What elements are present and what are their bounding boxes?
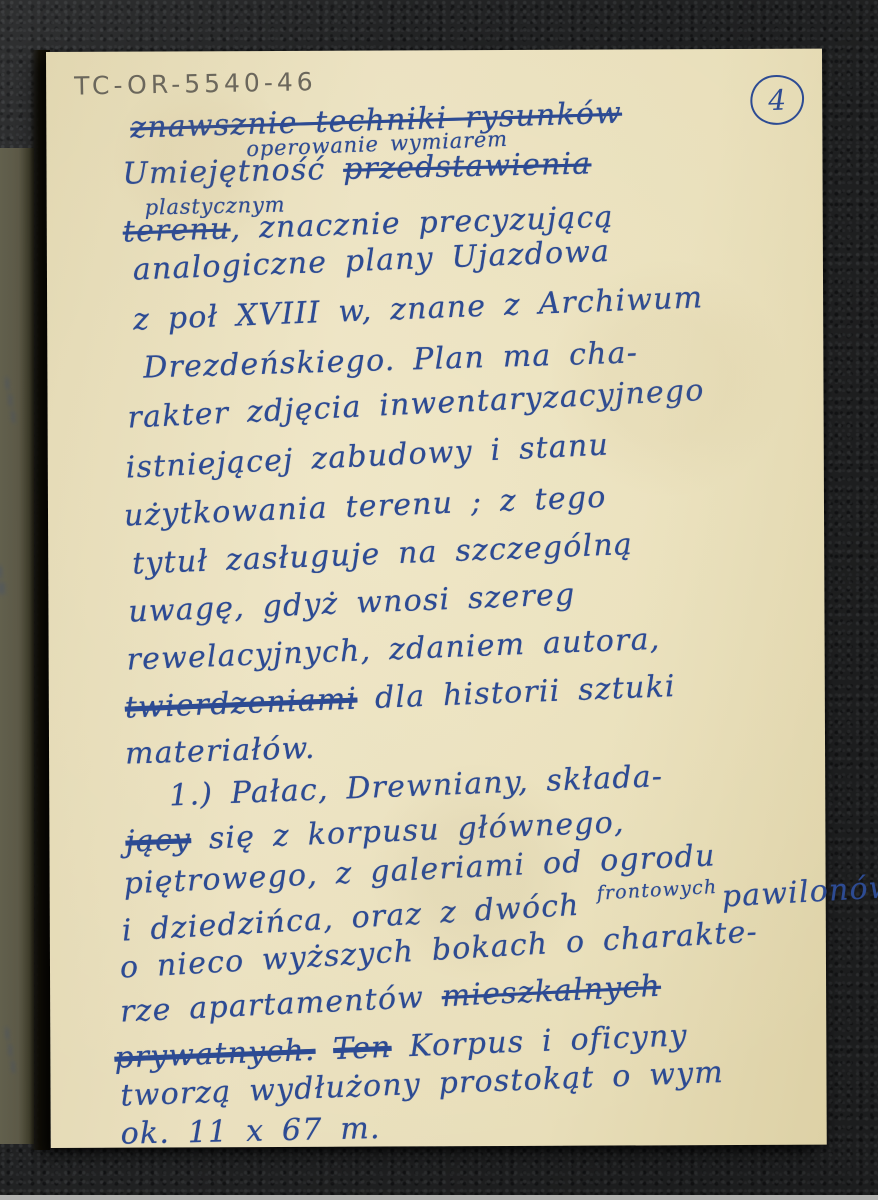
ink-text: materiałów.	[125, 731, 317, 772]
manuscript-line: 1.) Pałac, Drewniany, składa-	[169, 762, 664, 811]
manuscript-line: z poł XVIII w, znane z Archiwum	[133, 283, 704, 335]
strike-through-text: Ten	[333, 1030, 393, 1067]
ink-text: z poł XVIII w, znane z Archiwum	[132, 280, 703, 337]
manuscript-line: ok. 11 x 67 m.	[120, 1114, 381, 1150]
ink-text: Umiejętność	[122, 152, 343, 192]
manuscript-line: Umiejętność przedstawienia	[122, 149, 592, 189]
ink-text: użytkowania terenu ; z tego	[123, 480, 607, 534]
ink-text: istniejącej zabudowy i stanu	[125, 427, 610, 485]
manuscript-line: użytkowania terenu ; z tego	[123, 483, 607, 532]
manuscript-line: tytuł zasługuje na szczególną	[132, 530, 634, 580]
bleed-through-ink: ~~~	[0, 1023, 27, 1077]
ink-text: ok. 11 x 67 m.	[120, 1111, 381, 1152]
ink-text	[315, 1032, 334, 1068]
strike-through-text: twierdzeniami	[124, 682, 358, 726]
ink-text: pawilonów	[721, 870, 878, 915]
manuscript-line: uwagę, gdyż wnosi szereg	[128, 580, 576, 628]
ink-text: dla historii sztuki	[357, 669, 677, 716]
manuscript-line: rewelacyjnych, zdaniem autora,	[126, 625, 661, 676]
ink-text: uwagę, gdyż wnosi szereg	[128, 577, 576, 630]
manuscript-line: istniejącej zabudowy i stanu	[125, 430, 610, 483]
ink-text: tytuł zasługuje na szczególną	[132, 527, 634, 582]
manuscript-page: TC-OR-5540-46 4 znawsznie techniki rysun…	[46, 49, 827, 1148]
manuscript-line: materiałów.	[125, 734, 316, 770]
ink-text: rze apartamentów	[119, 979, 442, 1029]
scanned-notebook-photo: ~~~ ≈≈ ~~~ TC-OR-5540-46 4 znawsznie tec…	[0, 0, 878, 1200]
underlying-page-edge-strip: ~~~ ≈≈ ~~~	[0, 148, 34, 1144]
strike-through-text: prywatnych.	[114, 1033, 316, 1076]
manuscript-line: Drezdeńskiego. Plan ma cha-	[143, 338, 639, 383]
manuscript-lines: znawsznie techniki rysunkówoperowanie wy…	[46, 49, 827, 1148]
strike-through-text: terenu	[122, 211, 231, 249]
manuscript-line: rakter zdjęcia inwentaryzacyjnego	[127, 376, 705, 434]
scan-edge-strip	[0, 1195, 878, 1200]
bleed-through-ink: ≈≈	[0, 561, 15, 598]
strike-through-text: jący	[125, 822, 192, 860]
bleed-through-ink: ~~~	[0, 373, 27, 427]
ink-text: Drezdeńskiego. Plan ma cha-	[143, 335, 639, 385]
strike-through-text: przedstawienia	[343, 146, 592, 186]
inserted-word: frontowych	[596, 876, 718, 905]
strike-through-text: mieszkalnych	[441, 969, 662, 1014]
manuscript-line: twierdzeniami dla historii sztuki	[124, 672, 676, 724]
ink-text: rewelacyjnych, zdaniem autora,	[126, 622, 661, 678]
